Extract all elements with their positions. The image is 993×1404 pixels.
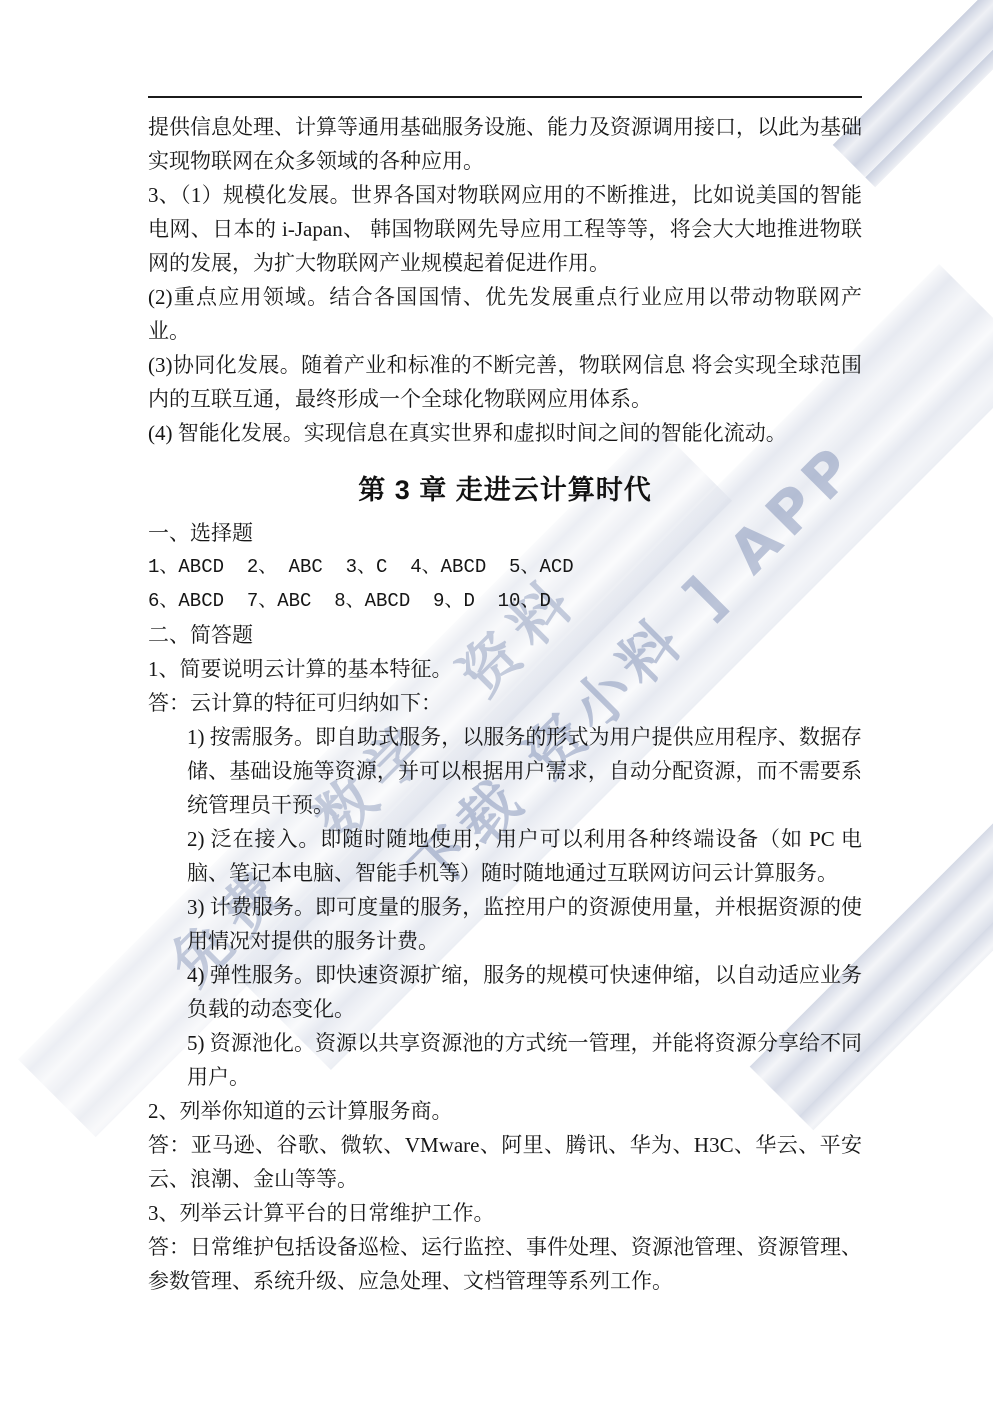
answer-1-item-5: 5) 资源池化。资源以共享资源池的方式统一管理，并能将资源分享给不同用户。 bbox=[148, 1026, 862, 1094]
choice-answers-row-2: 6、ABCD 7、ABC 8、ABCD 9、D 10、D bbox=[148, 584, 862, 618]
paragraph-intro-5: (4) 智能化发展。实现信息在真实世界和虚拟时间之间的智能化流动。 bbox=[148, 416, 862, 450]
section-label-short-answer: 二、简答题 bbox=[148, 618, 862, 652]
paragraph-intro-3: (2)重点应用领域。结合各国国情、优先发展重点行业应用以带动物联网产业。 bbox=[148, 280, 862, 348]
question-3: 3、列举云计算平台的日常维护工作。 bbox=[148, 1196, 862, 1230]
answer-1-item-1: 1) 按需服务。即自助式服务，以服务的形式为用户提供应用程序、数据存储、基础设施… bbox=[148, 720, 862, 822]
answer-1-item-2: 2) 泛在接入。即随时随地使用，用户可以利用各种终端设备（如 PC 电脑、笔记本… bbox=[148, 822, 862, 890]
paragraph-intro-2: 3、（1）规模化发展。世界各国对物联网应用的不断推进，比如说美国的智能电网、日本… bbox=[148, 178, 862, 280]
answer-1-item-3: 3) 计费服务。即可度量的服务，监控用户的资源使用量，并根据资源的使用情况对提供… bbox=[148, 890, 862, 958]
document-content: 提供信息处理、计算等通用基础服务设施、能力及资源调用接口，以此为基础实现物联网在… bbox=[148, 110, 862, 1298]
paragraph-intro-1: 提供信息处理、计算等通用基础服务设施、能力及资源调用接口，以此为基础实现物联网在… bbox=[148, 110, 862, 178]
chapter-title: 第 3 章 走进云计算时代 bbox=[148, 470, 862, 510]
header-rule bbox=[148, 96, 862, 98]
section-label-choice: 一、选择题 bbox=[148, 516, 862, 550]
choice-answers-row-1: 1、ABCD 2、 ABC 3、C 4、ABCD 5、ACD bbox=[148, 550, 862, 584]
answer-1-item-4: 4) 弹性服务。即快速资源扩缩，服务的规模可快速伸缩，以自动适应业务负载的动态变… bbox=[148, 958, 862, 1026]
answer-1-intro: 答：云计算的特征可归纳如下： bbox=[148, 686, 862, 720]
question-1: 1、简要说明云计算的基本特征。 bbox=[148, 652, 862, 686]
answer-3: 答：日常维护包括设备巡检、运行监控、事件处理、资源池管理、资源管理、参数管理、系… bbox=[148, 1230, 862, 1298]
answer-2: 答：亚马逊、谷歌、微软、VMware、阿里、腾讯、华为、H3C、华云、平安云、浪… bbox=[148, 1128, 862, 1196]
question-2: 2、列举你知道的云计算服务商。 bbox=[148, 1094, 862, 1128]
document-page: 免费 数学 资料 下载 资小料 ] APP 提供信息处理、计算等通用基础服务设施… bbox=[0, 0, 993, 1404]
paragraph-intro-4: (3)协同化发展。随着产业和标准的不断完善，物联网信息 将会实现全球范围内的互联… bbox=[148, 348, 862, 416]
